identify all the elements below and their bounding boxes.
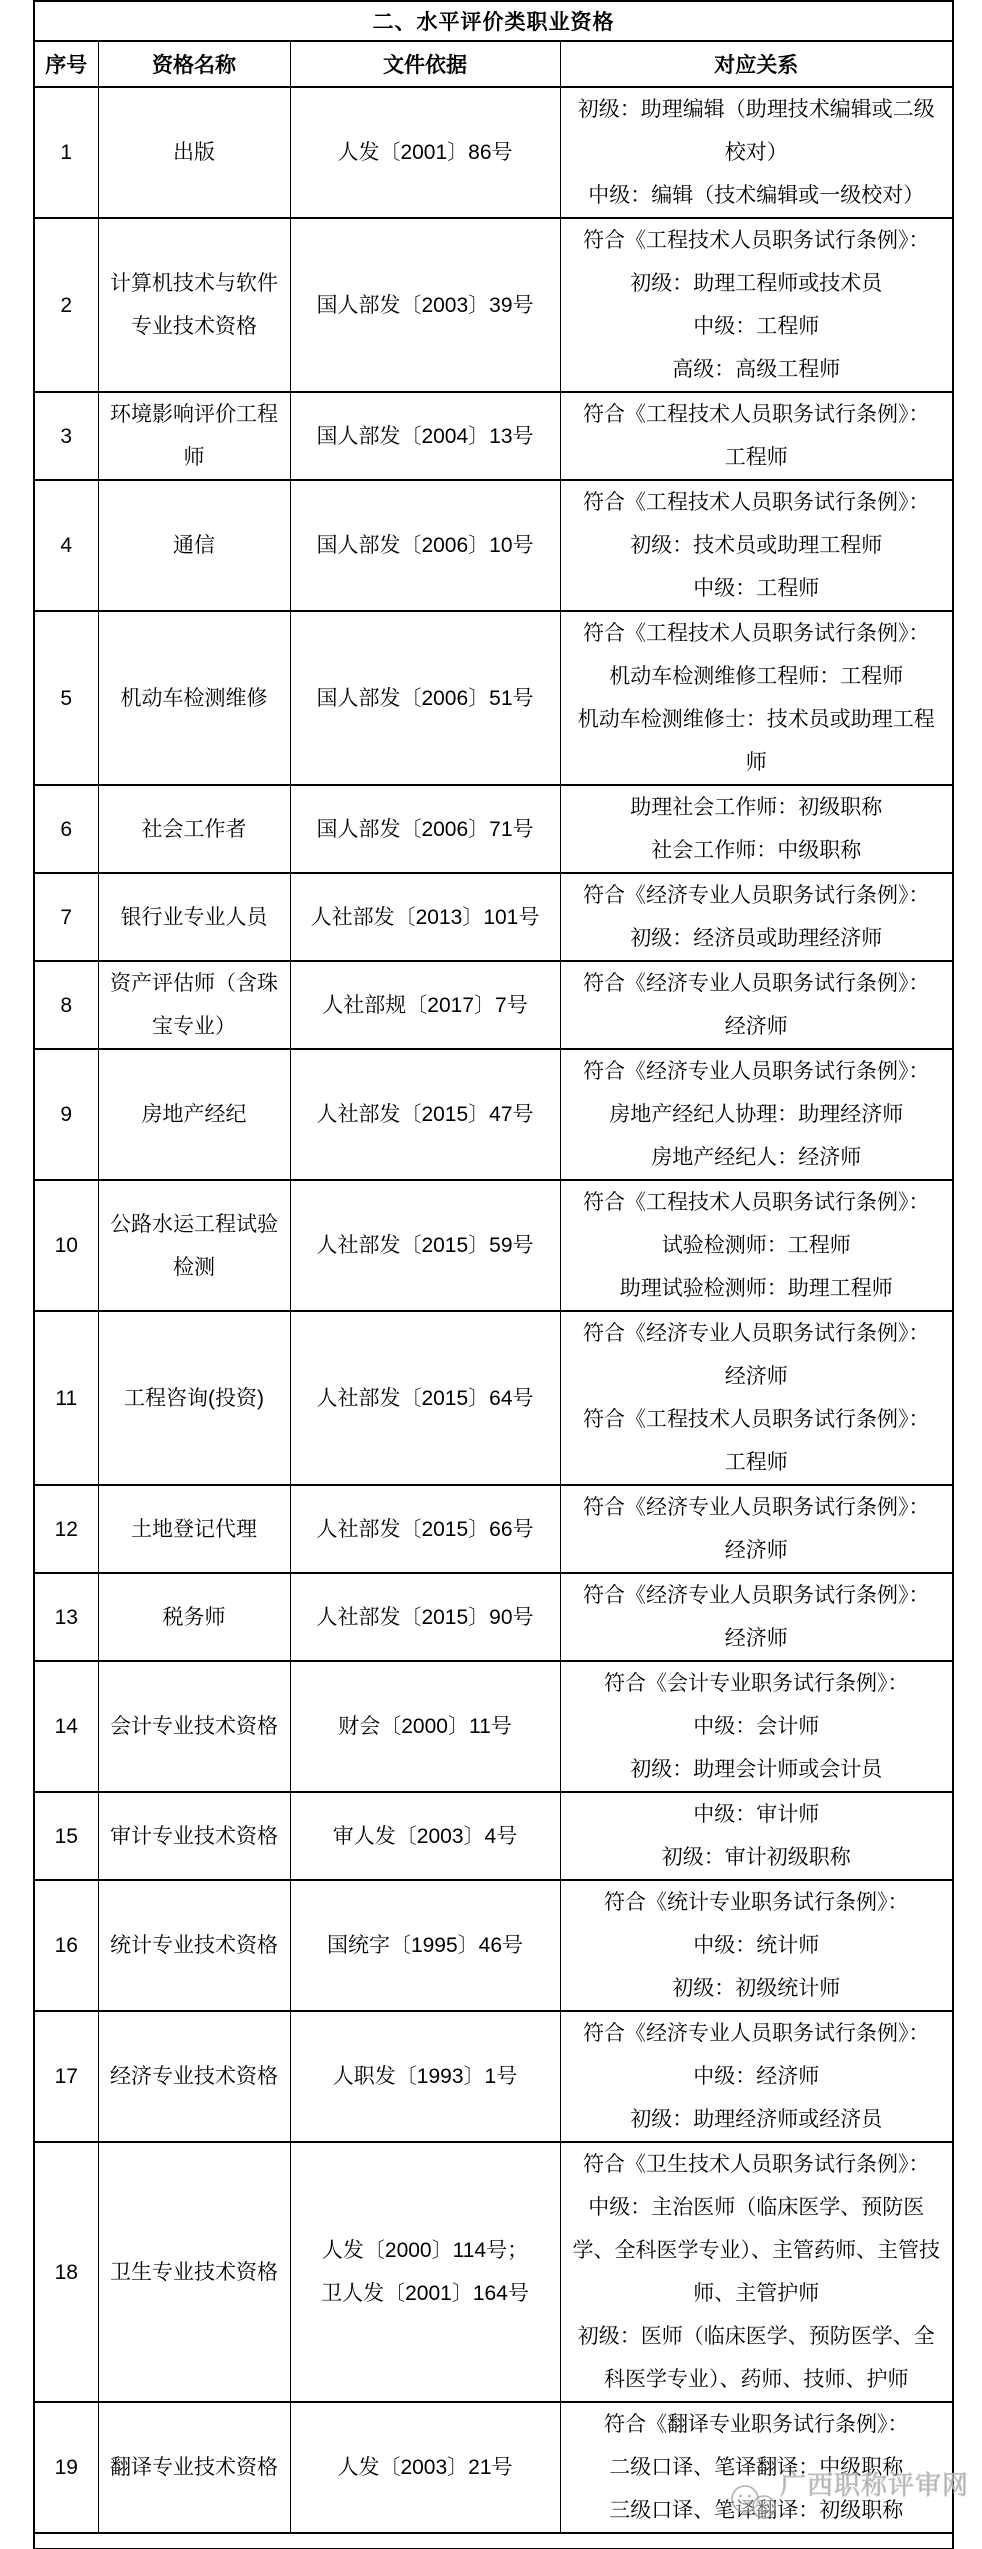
rel-line: 符合《经济专业人员职务试行条例》：: [573, 1050, 941, 1093]
rel-line: 房地产经纪人协理：助理经济师: [573, 1093, 941, 1136]
qualification-name-cell: 资产评估师（含珠宝专业）: [98, 961, 290, 1049]
correspondence-cell: 符合《经济专业人员职务试行条例》：经济师: [560, 1485, 953, 1573]
doc-line: 国人部发〔2006〕10号: [299, 524, 552, 567]
document-basis-cell: 国人部发〔2006〕71号: [290, 785, 560, 873]
rel-line: 试验检测师：工程师: [573, 1224, 941, 1267]
rel-line: 中级：编辑（技术编辑或一级校对）: [573, 174, 941, 217]
table-row: 16 统计专业技术资格 国统字〔1995〕46号 符合《统计专业职务试行条例》：…: [34, 1880, 953, 2011]
qualification-name-cell: 房地产经纪: [98, 1049, 290, 1180]
rel-line: 符合《经济专业人员职务试行条例》：: [573, 1312, 941, 1355]
table-row: 13 税务师 人社部发〔2015〕90号 符合《经济专业人员职务试行条例》：经济…: [34, 1573, 953, 1661]
qualification-name-cell: 经济专业技术资格: [98, 2011, 290, 2142]
table-row: 7 银行业专业人员 人社部发〔2013〕101号 符合《经济专业人员职务试行条例…: [34, 873, 953, 961]
rel-line: 助理社会工作师：初级职称: [573, 786, 941, 829]
table-row: 2 计算机技术与软件专业技术资格 国人部发〔2003〕39号 符合《工程技术人员…: [34, 218, 953, 392]
qualification-name-cell: 出版: [98, 87, 290, 218]
row-number-cell: 16: [34, 1880, 98, 2011]
document-basis-cell: 审人发〔2003〕4号: [290, 1792, 560, 1880]
table-row: 9 房地产经纪 人社部发〔2015〕47号 符合《经济专业人员职务试行条例》：房…: [34, 1049, 953, 1180]
rel-line: 符合《经济专业人员职务试行条例》：: [573, 2012, 941, 2055]
rel-line: 初级：经济员或助理经济师: [573, 917, 941, 960]
rel-line: 初级：技术员或助理工程师: [573, 524, 941, 567]
correspondence-cell: 符合《经济专业人员职务试行条例》：经济师: [560, 961, 953, 1049]
next-section-stub-row: [34, 2533, 953, 2549]
table-row: 4 通信 国人部发〔2006〕10号 符合《工程技术人员职务试行条例》：初级：技…: [34, 480, 953, 611]
qualification-name-cell: 社会工作者: [98, 785, 290, 873]
section-title: 二、水平评价类职业资格: [34, 1, 953, 41]
table-row: 8 资产评估师（含珠宝专业） 人社部规〔2017〕7号 符合《经济专业人员职务试…: [34, 961, 953, 1049]
rel-line: 符合《统计专业职务试行条例》：: [573, 1881, 941, 1924]
rel-line: 三级口译、笔译翻译：初级职称: [573, 2489, 941, 2532]
document-basis-cell: 人社部发〔2015〕66号: [290, 1485, 560, 1573]
rel-line: 符合《工程技术人员职务试行条例》：: [573, 1398, 941, 1441]
row-number-cell: 10: [34, 1180, 98, 1311]
correspondence-cell: 符合《经济专业人员职务试行条例》：初级：经济员或助理经济师: [560, 873, 953, 961]
qualification-name-cell: 计算机技术与软件专业技术资格: [98, 218, 290, 392]
document-basis-cell: 人社部发〔2013〕101号: [290, 873, 560, 961]
doc-line: 财会〔2000〕11号: [299, 1705, 552, 1748]
correspondence-cell: 符合《经济专业人员职务试行条例》：经济师: [560, 1573, 953, 1661]
doc-line: 国统字〔1995〕46号: [299, 1924, 552, 1967]
rel-line: 工程师: [573, 1441, 941, 1484]
row-number-cell: 1: [34, 87, 98, 218]
rel-line: 初级：审计初级职称: [573, 1836, 941, 1879]
qualification-name-cell: 统计专业技术资格: [98, 1880, 290, 2011]
doc-line: 人职发〔1993〕1号: [299, 2055, 552, 2098]
rel-line: 符合《经济专业人员职务试行条例》：: [573, 962, 941, 1005]
qualification-name-cell: 环境影响评价工程师: [98, 392, 290, 480]
qualification-name-cell: 翻译专业技术资格: [98, 2402, 290, 2533]
row-number-cell: 18: [34, 2142, 98, 2402]
row-number-cell: 6: [34, 785, 98, 873]
correspondence-cell: 符合《经济专业人员职务试行条例》：房地产经纪人协理：助理经济师房地产经纪人：经济…: [560, 1049, 953, 1180]
document-basis-cell: 人职发〔1993〕1号: [290, 2011, 560, 2142]
doc-line: 人社部发〔2015〕59号: [299, 1224, 552, 1267]
rel-line: 符合《工程技术人员职务试行条例》：: [573, 481, 941, 524]
rel-line: 符合《会计专业职务试行条例》：: [573, 1662, 941, 1705]
row-number-cell: 2: [34, 218, 98, 392]
table-row: 1 出版 人发〔2001〕86号 初级：助理编辑（助理技术编辑或二级校对）中级：…: [34, 87, 953, 218]
rel-line: 初级：助理会计师或会计员: [573, 1748, 941, 1791]
table-row: 19 翻译专业技术资格 人发〔2003〕21号 符合《翻译专业职务试行条例》：二…: [34, 2402, 953, 2533]
row-number-cell: 11: [34, 1311, 98, 1485]
rel-line: 符合《卫生技术人员职务试行条例》：: [573, 2143, 941, 2186]
qualification-name-cell: 公路水运工程试验检测: [98, 1180, 290, 1311]
rel-line: 初级：助理编辑（助理技术编辑或二级校对）: [573, 88, 941, 174]
correspondence-cell: 符合《工程技术人员职务试行条例》：初级：助理工程师或技术员中级：工程师高级：高级…: [560, 218, 953, 392]
correspondence-cell: 符合《经济专业人员职务试行条例》：经济师符合《工程技术人员职务试行条例》：工程师: [560, 1311, 953, 1485]
doc-line: 人社部发〔2013〕101号: [299, 896, 552, 939]
rel-line: 中级：经济师: [573, 2055, 941, 2098]
doc-line: 国人部发〔2006〕71号: [299, 808, 552, 851]
table-row: 15 审计专业技术资格 审人发〔2003〕4号 中级：审计师初级：审计初级职称: [34, 1792, 953, 1880]
correspondence-cell: 符合《会计专业职务试行条例》：中级：会计师初级：助理会计师或会计员: [560, 1661, 953, 1792]
doc-line: 人社部规〔2017〕7号: [299, 984, 552, 1027]
correspondence-cell: 符合《经济专业人员职务试行条例》：中级：经济师初级：助理经济师或经济员: [560, 2011, 953, 2142]
row-number-cell: 9: [34, 1049, 98, 1180]
rel-line: 符合《工程技术人员职务试行条例》：: [573, 393, 941, 436]
rel-line: 社会工作师：中级职称: [573, 829, 941, 872]
rel-line: 机动车检测维修工程师：工程师: [573, 655, 941, 698]
rel-line: 机动车检测维修士：技术员或助理工程师: [573, 698, 941, 784]
rel-line: 符合《工程技术人员职务试行条例》：: [573, 612, 941, 655]
table-row: 11 工程咨询(投资) 人社部发〔2015〕64号 符合《经济专业人员职务试行条…: [34, 1311, 953, 1485]
document-basis-cell: 人社部规〔2017〕7号: [290, 961, 560, 1049]
rel-line: 高级：高级工程师: [573, 348, 941, 391]
document-basis-cell: 国人部发〔2006〕51号: [290, 611, 560, 785]
rel-line: 符合《经济专业人员职务试行条例》：: [573, 874, 941, 917]
qualification-table: 二、水平评价类职业资格 序号资格名称文件依据对应关系 1 出版 人发〔2001〕…: [33, 0, 954, 2549]
column-header-3: 对应关系: [560, 41, 953, 87]
rel-line: 经济师: [573, 1529, 941, 1572]
document-basis-cell: 国统字〔1995〕46号: [290, 1880, 560, 2011]
column-header-1: 资格名称: [98, 41, 290, 87]
qualification-name-cell: 审计专业技术资格: [98, 1792, 290, 1880]
qualification-name-cell: 土地登记代理: [98, 1485, 290, 1573]
document-basis-cell: 国人部发〔2004〕13号: [290, 392, 560, 480]
document-basis-cell: 人发〔2003〕21号: [290, 2402, 560, 2533]
rel-line: 中级：主治医师（临床医学、预防医学、全科医学专业）、主管药师、主管技师、主管护师: [573, 2186, 941, 2315]
rel-line: 符合《工程技术人员职务试行条例》：: [573, 1181, 941, 1224]
qualification-name-cell: 机动车检测维修: [98, 611, 290, 785]
rel-line: 符合《经济专业人员职务试行条例》：: [573, 1574, 941, 1617]
table-row: 5 机动车检测维修 国人部发〔2006〕51号 符合《工程技术人员职务试行条例》…: [34, 611, 953, 785]
qualification-name-cell: 税务师: [98, 1573, 290, 1661]
doc-line: 人社部发〔2015〕47号: [299, 1093, 552, 1136]
rel-line: 经济师: [573, 1617, 941, 1660]
rel-line: 中级：审计师: [573, 1793, 941, 1836]
column-header-0: 序号: [34, 41, 98, 87]
row-number-cell: 7: [34, 873, 98, 961]
row-number-cell: 14: [34, 1661, 98, 1792]
document-basis-cell: 人发〔2001〕86号: [290, 87, 560, 218]
section-title-row: 二、水平评价类职业资格: [34, 1, 953, 41]
table-row: 17 经济专业技术资格 人职发〔1993〕1号 符合《经济专业人员职务试行条例》…: [34, 2011, 953, 2142]
row-number-cell: 8: [34, 961, 98, 1049]
doc-line: 国人部发〔2006〕51号: [299, 677, 552, 720]
row-number-cell: 15: [34, 1792, 98, 1880]
row-number-cell: 12: [34, 1485, 98, 1573]
correspondence-cell: 符合《统计专业职务试行条例》：中级：统计师初级：初级统计师: [560, 1880, 953, 2011]
document-page: 二、水平评价类职业资格 序号资格名称文件依据对应关系 1 出版 人发〔2001〕…: [0, 0, 982, 2549]
rel-line: 符合《翻译专业职务试行条例》：: [573, 2403, 941, 2446]
table-row: 12 土地登记代理 人社部发〔2015〕66号 符合《经济专业人员职务试行条例》…: [34, 1485, 953, 1573]
rel-line: 初级：医师（临床医学、预防医学、全科医学专业）、药师、技师、护师: [573, 2315, 941, 2401]
rel-line: 中级：工程师: [573, 567, 941, 610]
rel-line: 助理试验检测师：助理工程师: [573, 1267, 941, 1310]
table-row: 18 卫生专业技术资格 人发〔2000〕114号；卫人发〔2001〕164号 符…: [34, 2142, 953, 2402]
table-row: 10 公路水运工程试验检测 人社部发〔2015〕59号 符合《工程技术人员职务试…: [34, 1180, 953, 1311]
qualification-name-cell: 通信: [98, 480, 290, 611]
document-basis-cell: 人社部发〔2015〕90号: [290, 1573, 560, 1661]
row-number-cell: 4: [34, 480, 98, 611]
rel-line: 经济师: [573, 1005, 941, 1048]
rel-line: 初级：助理经济师或经济员: [573, 2098, 941, 2141]
correspondence-cell: 符合《工程技术人员职务试行条例》：机动车检测维修工程师：工程师机动车检测维修士：…: [560, 611, 953, 785]
doc-line: 国人部发〔2003〕39号: [299, 284, 552, 327]
rel-line: 符合《经济专业人员职务试行条例》：: [573, 1486, 941, 1529]
next-section-stub-cell: [34, 2533, 953, 2549]
doc-line: 人发〔2001〕86号: [299, 131, 552, 174]
document-basis-cell: 人社部发〔2015〕59号: [290, 1180, 560, 1311]
row-number-cell: 19: [34, 2402, 98, 2533]
doc-line: 人社部发〔2015〕90号: [299, 1596, 552, 1639]
correspondence-cell: 符合《工程技术人员职务试行条例》：工程师: [560, 392, 953, 480]
rel-line: 房地产经纪人：经济师: [573, 1136, 941, 1179]
document-basis-cell: 国人部发〔2003〕39号: [290, 218, 560, 392]
correspondence-cell: 初级：助理编辑（助理技术编辑或二级校对）中级：编辑（技术编辑或一级校对）: [560, 87, 953, 218]
rel-line: 工程师: [573, 436, 941, 479]
rel-line: 中级：会计师: [573, 1705, 941, 1748]
doc-line: 审人发〔2003〕4号: [299, 1815, 552, 1858]
doc-line: 国人部发〔2004〕13号: [299, 415, 552, 458]
column-header-2: 文件依据: [290, 41, 560, 87]
doc-line: 卫人发〔2001〕164号: [299, 2272, 552, 2315]
rel-line: 符合《工程技术人员职务试行条例》：: [573, 219, 941, 262]
doc-line: 人发〔2000〕114号；: [299, 2229, 552, 2272]
row-number-cell: 3: [34, 392, 98, 480]
qualification-name-cell: 工程咨询(投资): [98, 1311, 290, 1485]
correspondence-cell: 助理社会工作师：初级职称社会工作师：中级职称: [560, 785, 953, 873]
table-row: 6 社会工作者 国人部发〔2006〕71号 助理社会工作师：初级职称社会工作师：…: [34, 785, 953, 873]
qualification-name-cell: 卫生专业技术资格: [98, 2142, 290, 2402]
table-row: 14 会计专业技术资格 财会〔2000〕11号 符合《会计专业职务试行条例》：中…: [34, 1661, 953, 1792]
doc-line: 人发〔2003〕21号: [299, 2446, 552, 2489]
table-row: 3 环境影响评价工程师 国人部发〔2004〕13号 符合《工程技术人员职务试行条…: [34, 392, 953, 480]
rel-line: 二级口译、笔译翻译：中级职称: [573, 2446, 941, 2489]
rel-line: 初级：助理工程师或技术员: [573, 262, 941, 305]
doc-line: 人社部发〔2015〕66号: [299, 1508, 552, 1551]
document-basis-cell: 财会〔2000〕11号: [290, 1661, 560, 1792]
correspondence-cell: 符合《翻译专业职务试行条例》：二级口译、笔译翻译：中级职称三级口译、笔译翻译：初…: [560, 2402, 953, 2533]
rel-line: 经济师: [573, 1355, 941, 1398]
doc-line: 人社部发〔2015〕64号: [299, 1377, 552, 1420]
correspondence-cell: 符合《卫生技术人员职务试行条例》：中级：主治医师（临床医学、预防医学、全科医学专…: [560, 2142, 953, 2402]
document-basis-cell: 人社部发〔2015〕64号: [290, 1311, 560, 1485]
row-number-cell: 5: [34, 611, 98, 785]
correspondence-cell: 符合《工程技术人员职务试行条例》：试验检测师：工程师助理试验检测师：助理工程师: [560, 1180, 953, 1311]
rel-line: 中级：工程师: [573, 305, 941, 348]
qualification-name-cell: 银行业专业人员: [98, 873, 290, 961]
document-basis-cell: 国人部发〔2006〕10号: [290, 480, 560, 611]
correspondence-cell: 中级：审计师初级：审计初级职称: [560, 1792, 953, 1880]
correspondence-cell: 符合《工程技术人员职务试行条例》：初级：技术员或助理工程师中级：工程师: [560, 480, 953, 611]
row-number-cell: 13: [34, 1573, 98, 1661]
document-basis-cell: 人社部发〔2015〕47号: [290, 1049, 560, 1180]
row-number-cell: 17: [34, 2011, 98, 2142]
qualification-name-cell: 会计专业技术资格: [98, 1661, 290, 1792]
column-header-row: 序号资格名称文件依据对应关系: [34, 41, 953, 87]
document-basis-cell: 人发〔2000〕114号；卫人发〔2001〕164号: [290, 2142, 560, 2402]
rel-line: 中级：统计师: [573, 1924, 941, 1967]
rel-line: 初级：初级统计师: [573, 1967, 941, 2010]
